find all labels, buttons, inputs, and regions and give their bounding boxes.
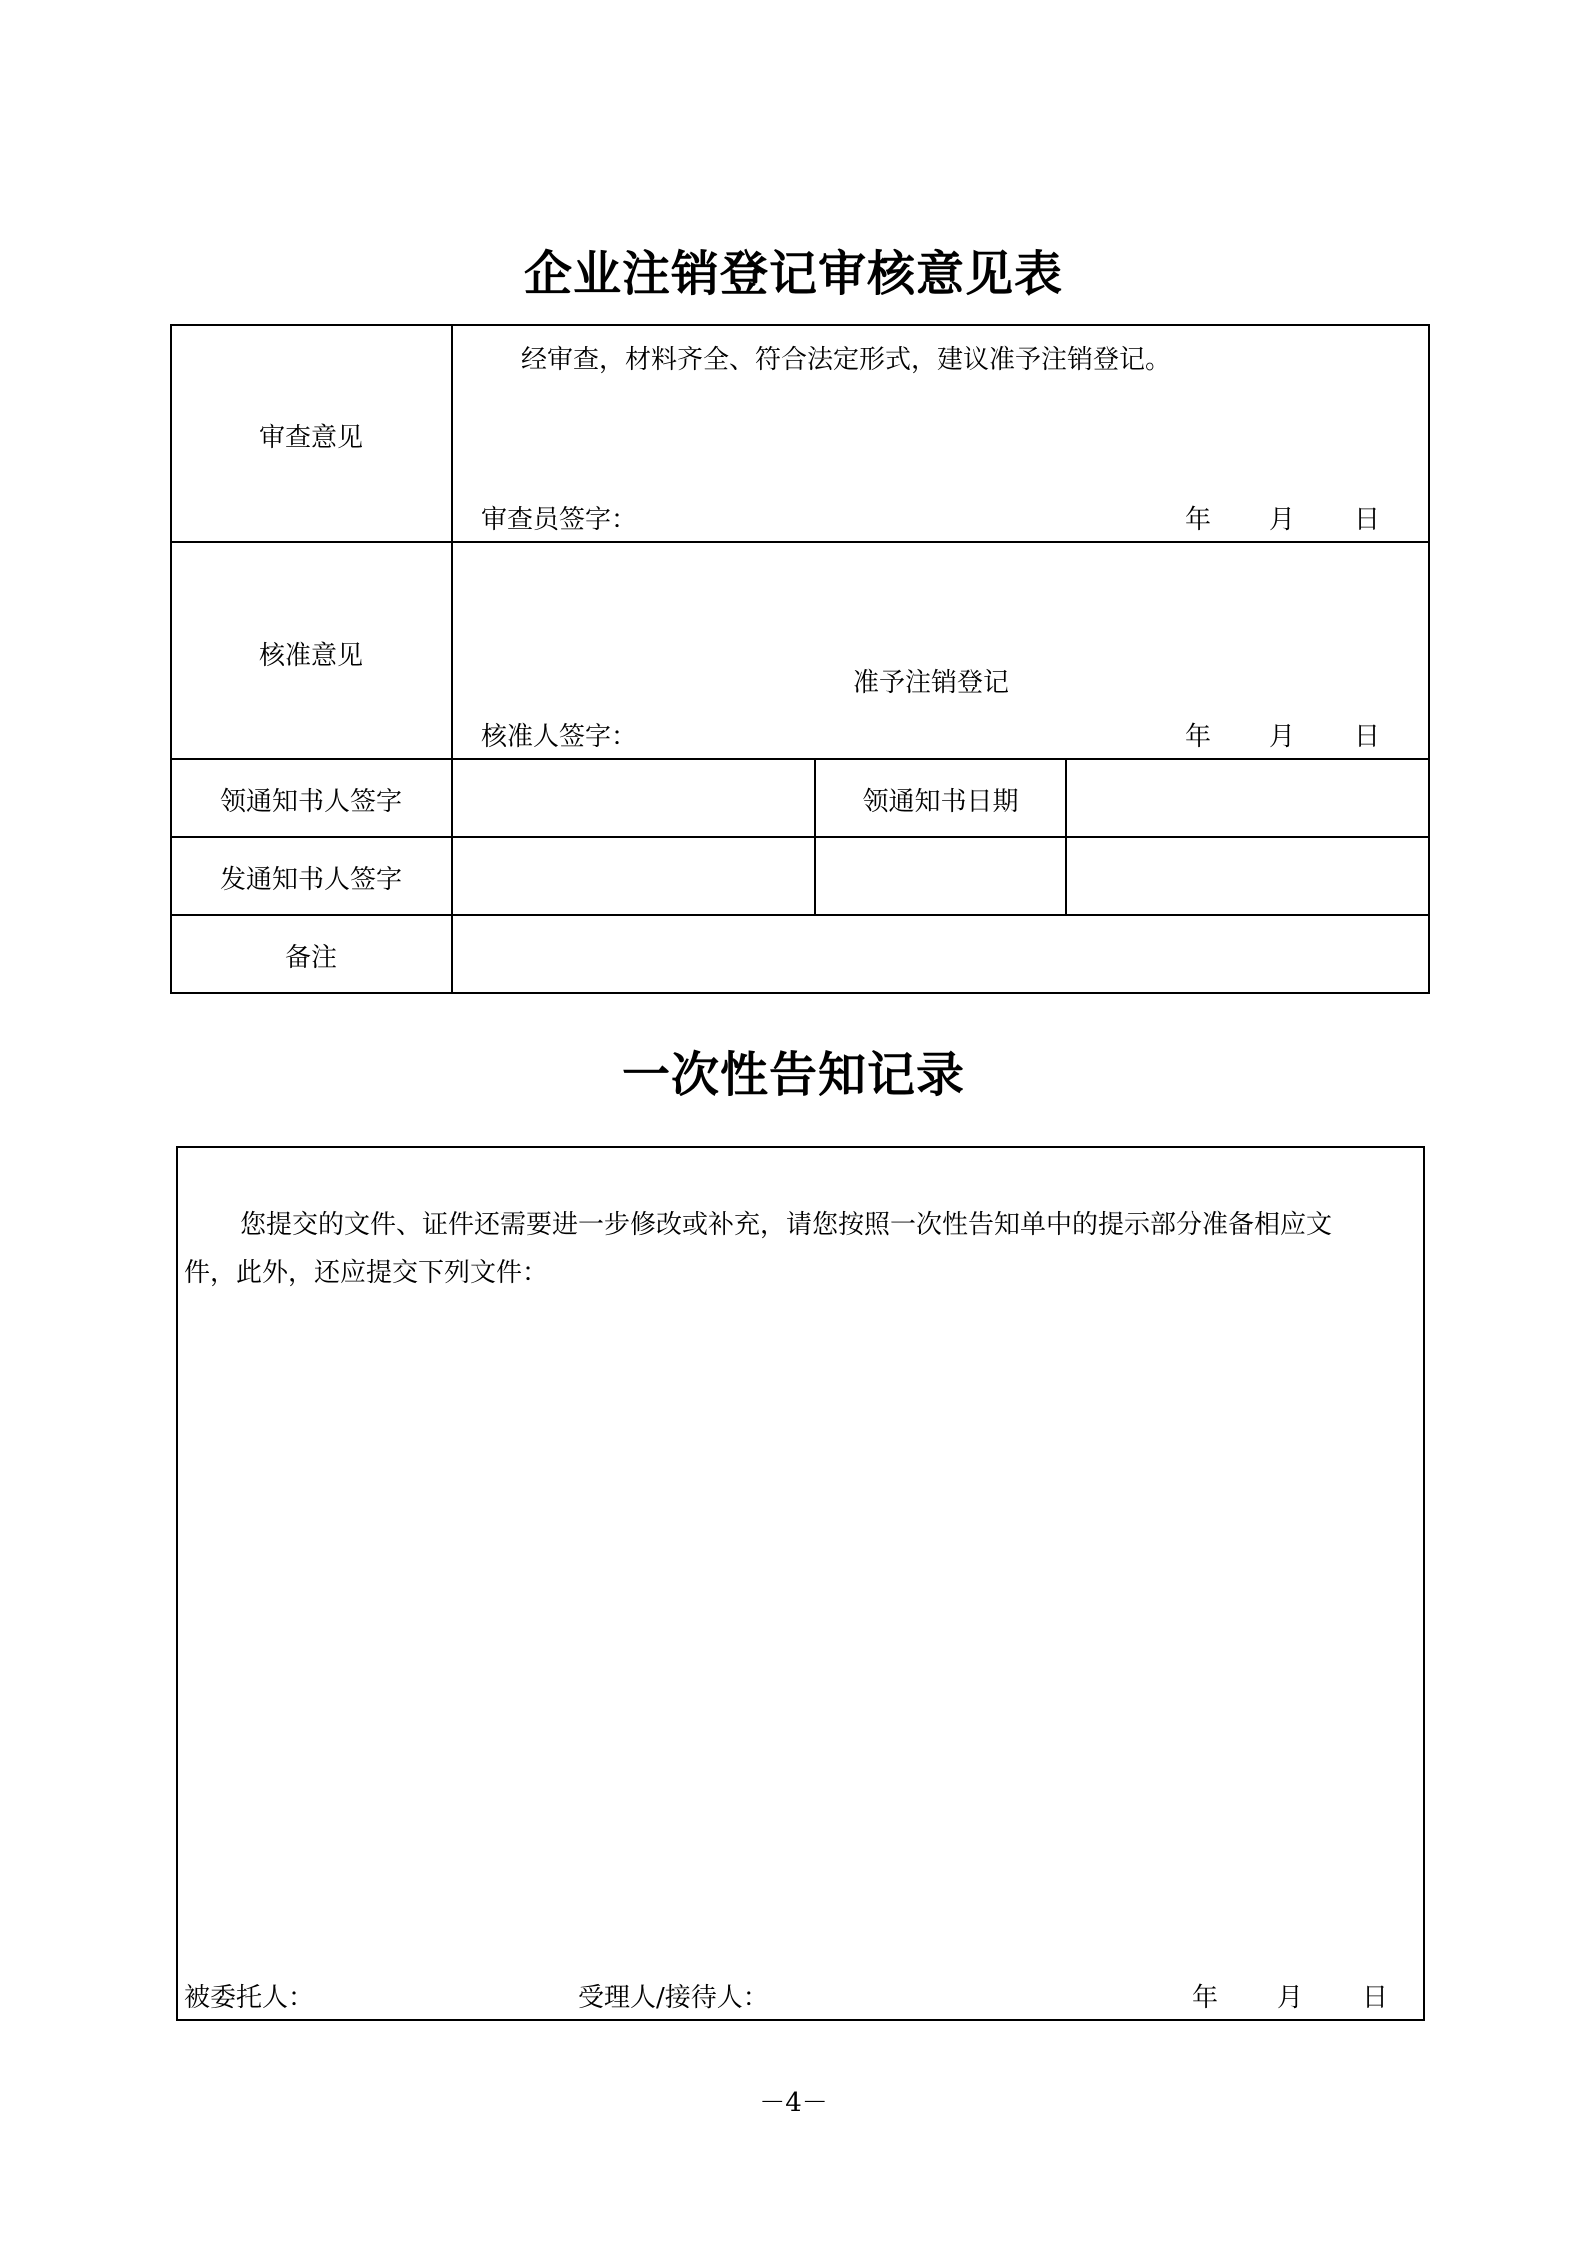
review-date-month: 月 [1269,507,1295,533]
table-border-right [1428,324,1430,994]
approval-opinion: 准予注销登记 [853,670,1009,696]
notice-body-line1: 您提交的文件、证件还需要进一步修改或补充，请您按照一次性告知单中的提示部分准备相… [240,1212,1332,1238]
remark-label: 备注 [170,945,452,971]
notice-body-line2: 件，此外，还应提交下列文件： [184,1260,548,1286]
form2-title: 一次性告知记录 [0,1051,1587,1099]
entrusted-person-label: 被委托人： [184,1985,314,2011]
receiver-label: 受理人/接待人： [578,1985,769,2011]
review-label: 审查意见 [170,425,452,451]
form1-title: 企业注销登记审核意见表 [0,250,1587,298]
table-divider [170,914,1430,916]
approval-date-year: 年 [1185,724,1211,750]
table-divider [814,758,816,916]
review-date-day: 日 [1354,507,1380,533]
table-divider [170,541,1430,543]
receiver-signature-label: 领通知书人签字 [170,789,452,815]
approval-date-month: 月 [1269,724,1295,750]
notice-date-day: 日 [1362,1985,1388,2011]
notice-date-year: 年 [1192,1985,1218,2011]
page-number: －4－ [0,2090,1587,2116]
table-border-bottom [170,992,1430,994]
approval-label: 核准意见 [170,643,452,669]
receive-date-label: 领通知书日期 [816,789,1065,815]
table-divider [170,758,1430,760]
sender-signature-label: 发通知书人签字 [170,867,452,893]
table-border-top [170,324,1430,326]
table-divider [1065,758,1067,916]
review-opinion: 经审查，材料齐全、符合法定形式，建议准予注销登记。 [521,347,1171,373]
approver-signature-label: 核准人签字： [481,724,637,750]
review-date-year: 年 [1185,507,1211,533]
table-divider [170,836,1430,838]
approval-date-day: 日 [1354,724,1380,750]
notice-date-month: 月 [1277,1985,1303,2011]
reviewer-signature-label: 审查员签字： [481,507,637,533]
notice-content-area[interactable] [184,1300,1414,1960]
